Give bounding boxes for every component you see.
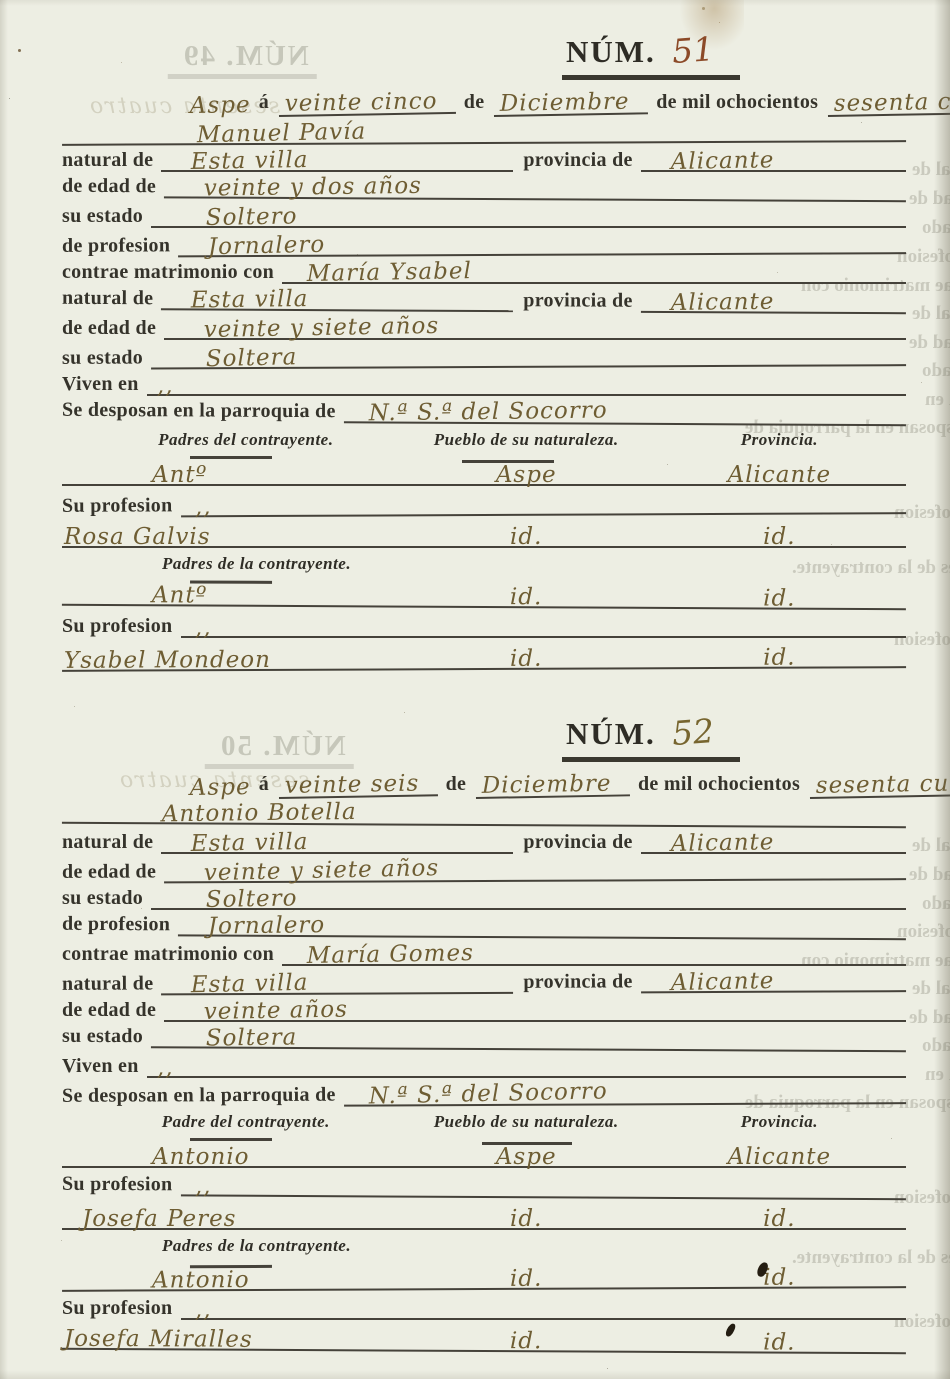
rule-line: Manuel Pavía [62, 119, 906, 145]
record-number-underline: NÚM. 52 [562, 716, 740, 762]
father-profesion-row: Su profesion ,, [62, 1166, 906, 1200]
rule-line: Antonio id. id. [62, 1264, 906, 1292]
estado-label: su estado [62, 347, 151, 369]
ghost-label: de edad de [909, 189, 950, 208]
viven-label: Viven en [62, 1056, 147, 1078]
bride-natural-handwritten: Esta villa [191, 973, 309, 996]
date-mil-label: de mil ochocientos [630, 774, 810, 796]
bride-age-handwritten: veinte años [204, 1000, 348, 1023]
profesion-ditto-handwritten: ,, [194, 1176, 241, 1197]
contrae-row: contrae matrimonio con María Gomes [62, 938, 906, 966]
mother-pueblo-handwritten: id. [510, 1206, 542, 1232]
num-label: NÚM. [566, 34, 656, 69]
rule-line: Antº id. id. [62, 582, 906, 610]
su-profesion-label: Su profesion [62, 616, 181, 638]
ghost-label: su estado [922, 218, 950, 237]
rule-line: ,, [147, 373, 906, 396]
bride-natural-row: natural de Esta villa provincia de Alica… [62, 282, 906, 314]
date-of-label: de [438, 774, 477, 796]
su-profesion-label: Su profesion [62, 1298, 181, 1320]
mother-provincia-handwritten: id. [763, 524, 795, 550]
bride-parents-header: Padres de la contrayente. [62, 548, 906, 574]
natural-de-label: natural de [62, 832, 161, 854]
profesion-ditto-handwritten: ,, [194, 618, 241, 639]
rule-line: Soltero [151, 205, 906, 228]
father-row: Antonio Aspe Alicante [62, 1132, 906, 1168]
page-content: NÚM. 51 Aspe á veinte cinco de Diciembre… [62, 0, 906, 1352]
rule-line: Alicante [641, 149, 906, 172]
parroquia-row: Se desposan en la parroquia de N.ª S.ª d… [62, 394, 906, 426]
viven-ditto-handwritten: ,, [156, 1058, 173, 1079]
father-pueblo-handwritten: Aspe [496, 462, 557, 488]
rule-line: Antonio Botella [62, 801, 906, 828]
groom-name-handwritten: Manuel Pavía [197, 122, 367, 146]
bride-name-handwritten: María Ysabel [307, 261, 472, 285]
su-profesion-label: Su profesion [62, 1174, 181, 1197]
edad-label: de edad de [62, 1000, 164, 1022]
rule-line: Alicante [641, 969, 906, 993]
rule-line: veinte y siete años [164, 317, 906, 340]
groom-profesion-row: de profesion Jornalero [62, 226, 906, 258]
bride-father-name-handwritten: Antº [152, 582, 208, 608]
bride-mother-provincia-handwritten: id. [763, 1329, 796, 1355]
groom-name-row: Manuel Pavía [62, 112, 906, 146]
rule-line: Alicante [641, 831, 906, 854]
num-value-handwritten: 51 [659, 32, 715, 69]
bride-mother-row: Josefa Miralles id. id. [62, 1318, 906, 1354]
table-header-row: Padres del contrayente. Pueblo de su nat… [62, 424, 906, 450]
rule-line: Jornalero [178, 914, 906, 940]
bride-provincia-handwritten: Alicante [670, 971, 774, 994]
groom-profesion-handwritten: Jornalero [208, 915, 326, 937]
rule-line: Alicante [641, 290, 906, 314]
bride-estado-handwritten: Soltera [206, 1028, 298, 1050]
col-padres-contrayente: Padres del contrayente. [62, 430, 400, 450]
estado-label: su estado [62, 1026, 151, 1048]
bride-mother-pueblo-handwritten: id. [510, 1328, 543, 1354]
rule-line: Josefa Peres id. id. [62, 1206, 906, 1230]
groom-natural-row: natural de Esta villa provincia de Alica… [62, 144, 906, 172]
groom-profesion-handwritten: Jornalero [208, 235, 326, 258]
num-label: NÚM. [566, 716, 656, 751]
rule-line: N.ª S.ª del Socorro [344, 1081, 906, 1106]
ghost-label: Viven en [925, 390, 950, 409]
rule-line: Jornalero [178, 231, 906, 257]
bride-father-row: Antonio id. id. [62, 1254, 906, 1292]
bride-natural-row: natural de Esta villa provincia de Alica… [62, 964, 906, 996]
rule-line: ,, [147, 1055, 906, 1078]
rule-line: Josefa Miralles id. id. [62, 1326, 906, 1354]
natural-de-label: natural de [62, 973, 161, 995]
rule-line: veinte y siete años [164, 857, 906, 883]
rule-line: ,, [181, 615, 907, 638]
rule-line: Antº Aspe Alicante [62, 462, 906, 486]
groom-provincia-handwritten: Alicante [670, 151, 774, 173]
profesion-ditto-handwritten: ,, [194, 497, 241, 519]
ghost-label: su estado [922, 1036, 950, 1055]
contrae-row: contrae matrimonio con María Ysabel [62, 256, 906, 284]
edad-label: de edad de [62, 318, 164, 340]
rule-line: ,, [180, 491, 906, 517]
profesion-label: de profesion [62, 914, 178, 937]
rule-line: Esta villa [161, 149, 513, 172]
ghost-label: de edad de [909, 1008, 950, 1027]
rule-line: Esta villa [161, 831, 513, 854]
bride-mother-name-handwritten: Josefa Miralles [64, 1326, 253, 1353]
estado-label: su estado [62, 206, 151, 228]
bride-natural-handwritten: Esta villa [191, 289, 309, 311]
edad-label: de edad de [62, 861, 164, 883]
bride-provincia-handwritten: Alicante [670, 292, 774, 314]
father-name-handwritten: Antº [152, 462, 207, 488]
groom-name-row: Antonio Botella [62, 794, 906, 828]
rule-line: veinte años [164, 999, 906, 1022]
ghost-label: su estado [922, 894, 950, 913]
natural-de-label: natural de [62, 288, 161, 311]
groom-profesion-row: de profesion Jornalero [62, 908, 906, 940]
viven-row: Viven en ,, [62, 1050, 906, 1078]
mother-provincia-handwritten: id. [763, 1206, 795, 1232]
rule-line: veinte y dos años [164, 176, 906, 203]
groom-natural-row: natural de Esta villa provincia de Alica… [62, 826, 906, 854]
num-value-handwritten: 52 [659, 714, 715, 751]
ghost-label: natural de [912, 836, 950, 855]
ghost-label: Viven en [925, 1065, 950, 1084]
groom-estado-row: su estado Soltero [62, 200, 906, 228]
record-number-row: NÚM. 51 [62, 34, 906, 80]
col-provincia: Provincia. [653, 430, 906, 450]
record-number-underline: NÚM. 51 [562, 34, 740, 80]
groom-natural-handwritten: Esta villa [191, 832, 309, 855]
pen-tick [190, 456, 272, 459]
viven-label: Viven en [62, 374, 147, 396]
rule-line: Rosa Galvis id. id. [62, 524, 906, 548]
paper-speckles [18, 49, 21, 52]
record-entry-51: NÚM. 51 Aspe á veinte cinco de Diciembre… [62, 34, 906, 670]
date-prep-label: á [251, 774, 279, 796]
mother-name-handwritten: Rosa Galvis [64, 524, 211, 550]
mother-pueblo-handwritten: id. [510, 524, 542, 550]
groom-age-row: de edad de veinte y siete años [62, 852, 906, 884]
ghost-label: natural de [912, 304, 950, 323]
rule-line: Antonio Aspe Alicante [62, 1144, 906, 1168]
natural-de-label: natural de [62, 150, 161, 172]
rule-line: Ysabel Mondeon id. id. [62, 644, 906, 672]
parroquia-handwritten: N.ª S.ª del Socorro [368, 1082, 607, 1108]
bride-mother-row: Ysabel Mondeon id. id. [62, 636, 906, 672]
bride-father-profesion-row: Su profesion ,, [62, 608, 906, 638]
rule-line: ,, [181, 1297, 907, 1320]
estado-label: su estado [62, 888, 151, 910]
provincia-de-label: provincia de [513, 971, 640, 994]
bride-estado-handwritten: Soltera [206, 348, 298, 371]
su-profesion-label: Su profesion [62, 495, 181, 518]
father-row: Antº Aspe Alicante [62, 450, 906, 486]
rule-line: N.ª S.ª del Socorro [344, 401, 906, 427]
rule-line: Soltero [151, 887, 906, 910]
provincia-de-label: provincia de [513, 832, 640, 854]
bride-father-row: Antº id. id. [62, 572, 906, 610]
col-pueblo-naturaleza: Pueblo de su naturaleza. [400, 1112, 653, 1132]
bride-mother-name-handwritten: Ysabel Mondeon [64, 647, 271, 674]
provincia-de-label: provincia de [513, 150, 640, 172]
rule-line: Esta villa [161, 288, 513, 313]
father-provincia-handwritten: Alicante [728, 1144, 832, 1170]
ghost-label: de edad de [909, 333, 950, 352]
padres-contrayente-label: Padres de la contrayente. [162, 554, 351, 574]
bride-parents-header: Padres de la contrayente. [62, 1230, 906, 1256]
bride-name-handwritten: María Gomes [307, 943, 474, 967]
date-prep-label: á [251, 92, 279, 114]
edad-label: de edad de [62, 176, 164, 199]
rule-line: ,, [180, 1174, 906, 1200]
col-provincia: Provincia. [653, 1112, 906, 1132]
parroquia-label: Se desposan en la parroquia de [62, 1085, 344, 1108]
bride-age-row: de edad de veinte años [62, 994, 906, 1022]
ghost-label: natural de [912, 979, 950, 998]
mother-name-handwritten: Josefa Peres [82, 1206, 236, 1232]
year-handwritten: sesenta cuatro [810, 773, 950, 799]
viven-row: Viven en ,, [62, 368, 906, 396]
parroquia-row: Se desposan en la parroquia de N.ª S.ª d… [62, 1076, 906, 1108]
date-of-label: de [456, 92, 495, 114]
groom-age-row: de edad de veinte y dos años [62, 170, 906, 202]
pen-tick [190, 1138, 272, 1141]
groom-name-handwritten: Antonio Botella [162, 802, 357, 825]
bride-father-pueblo-handwritten: id. [510, 584, 543, 610]
record-number-row: NÚM. 52 [62, 716, 906, 762]
rule-line: Esta villa [161, 971, 513, 995]
mother-row: Rosa Galvis id. id. [62, 516, 906, 548]
date-row: Aspe á veinte seis de Diciembre de mil o… [62, 762, 906, 796]
ghost-label: su estado [922, 361, 950, 380]
groom-age-handwritten: veinte y dos años [204, 176, 422, 199]
father-pueblo-handwritten: Aspe [496, 1144, 557, 1170]
table-header-row: Padre del contrayente. Pueblo de su natu… [62, 1106, 906, 1132]
col-padre-contrayente: Padre del contrayente. [62, 1112, 400, 1132]
contrae-label: contrae matrimonio con [62, 944, 282, 966]
date-row: Aspe á veinte cinco de Diciembre de mil … [62, 80, 906, 114]
groom-provincia-handwritten: Alicante [670, 833, 774, 855]
col-pueblo-naturaleza: Pueblo de su naturaleza. [400, 430, 653, 450]
ghost-label: de edad de [909, 865, 950, 884]
bride-mother-pueblo-handwritten: id. [510, 646, 543, 672]
contrae-label: contrae matrimonio con [62, 262, 282, 284]
bride-father-profesion-row: Su profesion ,, [62, 1290, 906, 1320]
parroquia-label: Se desposan en la parroquia de [62, 400, 344, 423]
rule-line: Soltera [151, 1026, 906, 1053]
place-handwritten: Aspe [190, 95, 251, 117]
father-profesion-row: Su profesion ,, [62, 484, 906, 518]
groom-age-handwritten: veinte y siete años [204, 858, 440, 884]
bride-age-handwritten: veinte y siete años [204, 316, 440, 341]
rule-line: María Gomes [282, 943, 906, 966]
record-entry-52: NÚM. 52 Aspe á veinte seis de Diciembre … [62, 716, 906, 1352]
bride-father-pueblo-handwritten: id. [510, 1266, 543, 1292]
bride-father-provincia-handwritten: id. [763, 1265, 796, 1291]
provincia-de-label: provincia de [513, 290, 640, 313]
groom-estado-row: su estado Soltero [62, 882, 906, 910]
scanned-marriage-register-page: { "colors":{ "paper":"#edeee3", "print_i… [0, 0, 950, 1379]
rule-line: María Ysabel [282, 261, 906, 284]
ghost-label: natural de [912, 160, 950, 179]
bride-estado-row: su estado Soltera [62, 338, 906, 370]
padres-contrayente-label: Padres de la contrayente. [162, 1236, 351, 1256]
bride-mother-provincia-handwritten: id. [763, 645, 796, 671]
date-mil-label: de mil ochocientos [648, 92, 828, 114]
bride-age-row: de edad de veinte y siete años [62, 312, 906, 340]
day-handwritten: veinte cinco [279, 91, 456, 117]
rule-line: Soltera [151, 343, 906, 369]
parroquia-handwritten: N.ª S.ª del Socorro [368, 401, 607, 425]
groom-estado-handwritten: Soltero [206, 207, 298, 229]
profesion-label: de profesion [62, 235, 178, 258]
bride-estado-row: su estado Soltera [62, 1020, 906, 1052]
mother-row: Josefa Peres id. id. [62, 1198, 906, 1230]
